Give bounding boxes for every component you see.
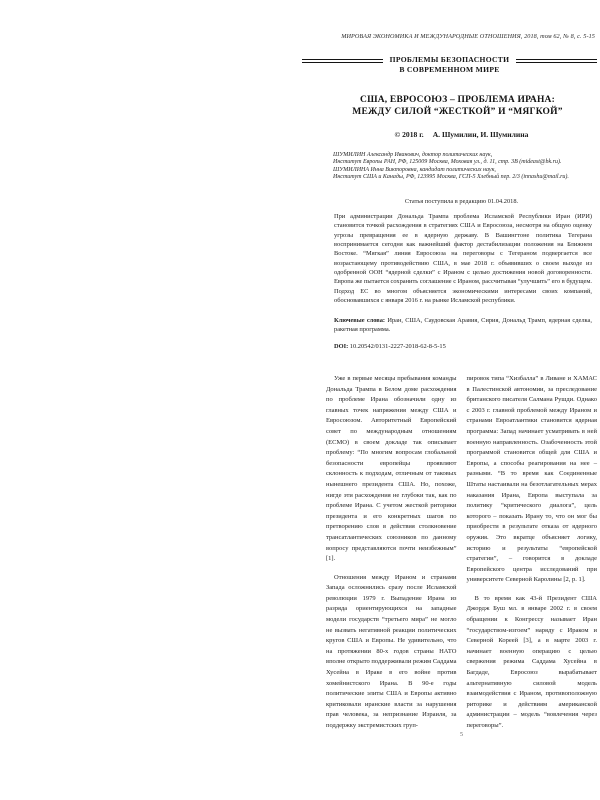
scanned-page: { "journal_header": "МИРОВАЯ ЭКОНОМИКА И… — [0, 0, 600, 800]
received-date: Статья поступила в редакцию 01.04.2018. — [326, 198, 597, 205]
body-paragraph: Отношения между Ираном и странами Запада… — [326, 573, 457, 732]
article-title-line1: США, ЕВРОСОЮЗ – ПРОБЛЕМА ИРАНА: — [316, 95, 599, 107]
keywords-label: Ключевые слова: — [334, 317, 385, 324]
body-columns: Уже в первые месяцы пребывания команды Д… — [326, 374, 597, 732]
byline: © 2018 г.А. Шумилин, И. Шумилина — [326, 130, 597, 139]
section-heading-line2: В СОВРЕМЕННОМ МИРЕ — [390, 65, 510, 75]
body-paragraph: Уже в первые месяцы пребывания команды Д… — [326, 374, 457, 565]
section-heading-line1: ПРОБЛЕМЫ БЕЗОПАСНОСТИ — [390, 55, 510, 65]
copyright-year: © 2018 г. — [395, 130, 424, 139]
affiliation-line: Институт Европы РАН, РФ, 125009 Москва, … — [333, 159, 599, 166]
section-heading: ПРОБЛЕМЫ БЕЗОПАСНОСТИ В СОВРЕМЕННОМ МИРЕ — [390, 55, 510, 74]
doi-line: DOI: 10.20542/0131-2227-2018-62-8-5-15 — [334, 343, 446, 350]
double-rule-right — [516, 59, 597, 63]
page-number: 5 — [326, 731, 597, 738]
affiliations-block: ШУМИЛИН Александр Иванович, доктор полит… — [333, 152, 599, 182]
article-title: США, ЕВРОСОЮЗ – ПРОБЛЕМА ИРАНА: МЕЖДУ СИ… — [316, 95, 599, 118]
doi-value: 10.20542/0131-2227-2018-62-8-5-15 — [348, 343, 446, 350]
doi-label: DOI: — [334, 343, 348, 350]
author-names: А. Шумилин, И. Шумилина — [433, 130, 529, 139]
body-paragraph: В то время как 43-й Президент США Джордж… — [467, 594, 598, 732]
double-rule-left — [302, 59, 383, 63]
page-content: МИРОВАЯ ЭКОНОМИКА И МЕЖДУНАРОДНЫЕ ОТНОШЕ… — [326, 0, 597, 800]
section-band: ПРОБЛЕМЫ БЕЗОПАСНОСТИ В СОВРЕМЕННОМ МИРЕ — [302, 55, 597, 74]
left-column: Уже в первые месяцы пребывания команды Д… — [326, 374, 457, 732]
abstract-text: При администрации Дональда Трампа пробле… — [334, 212, 592, 305]
article-title-line2: МЕЖДУ СИЛОЙ “ЖЕСТКОЙ” И “МЯГКОЙ” — [316, 107, 599, 119]
journal-header: МИРОВАЯ ЭКОНОМИКА И МЕЖДУНАРОДНЫЕ ОТНОШЕ… — [266, 33, 595, 40]
right-column: пировок типа “Хизбалла” в Ливане и ХАМАС… — [467, 374, 598, 732]
body-paragraph: пировок типа “Хизбалла” в Ливане и ХАМАС… — [467, 374, 598, 586]
affiliation-line: Институт США и Канады, РФ, 123995 Москва… — [333, 174, 599, 181]
keywords-block: Ключевые слова: Иран, США, Саудовская Ар… — [334, 317, 592, 335]
